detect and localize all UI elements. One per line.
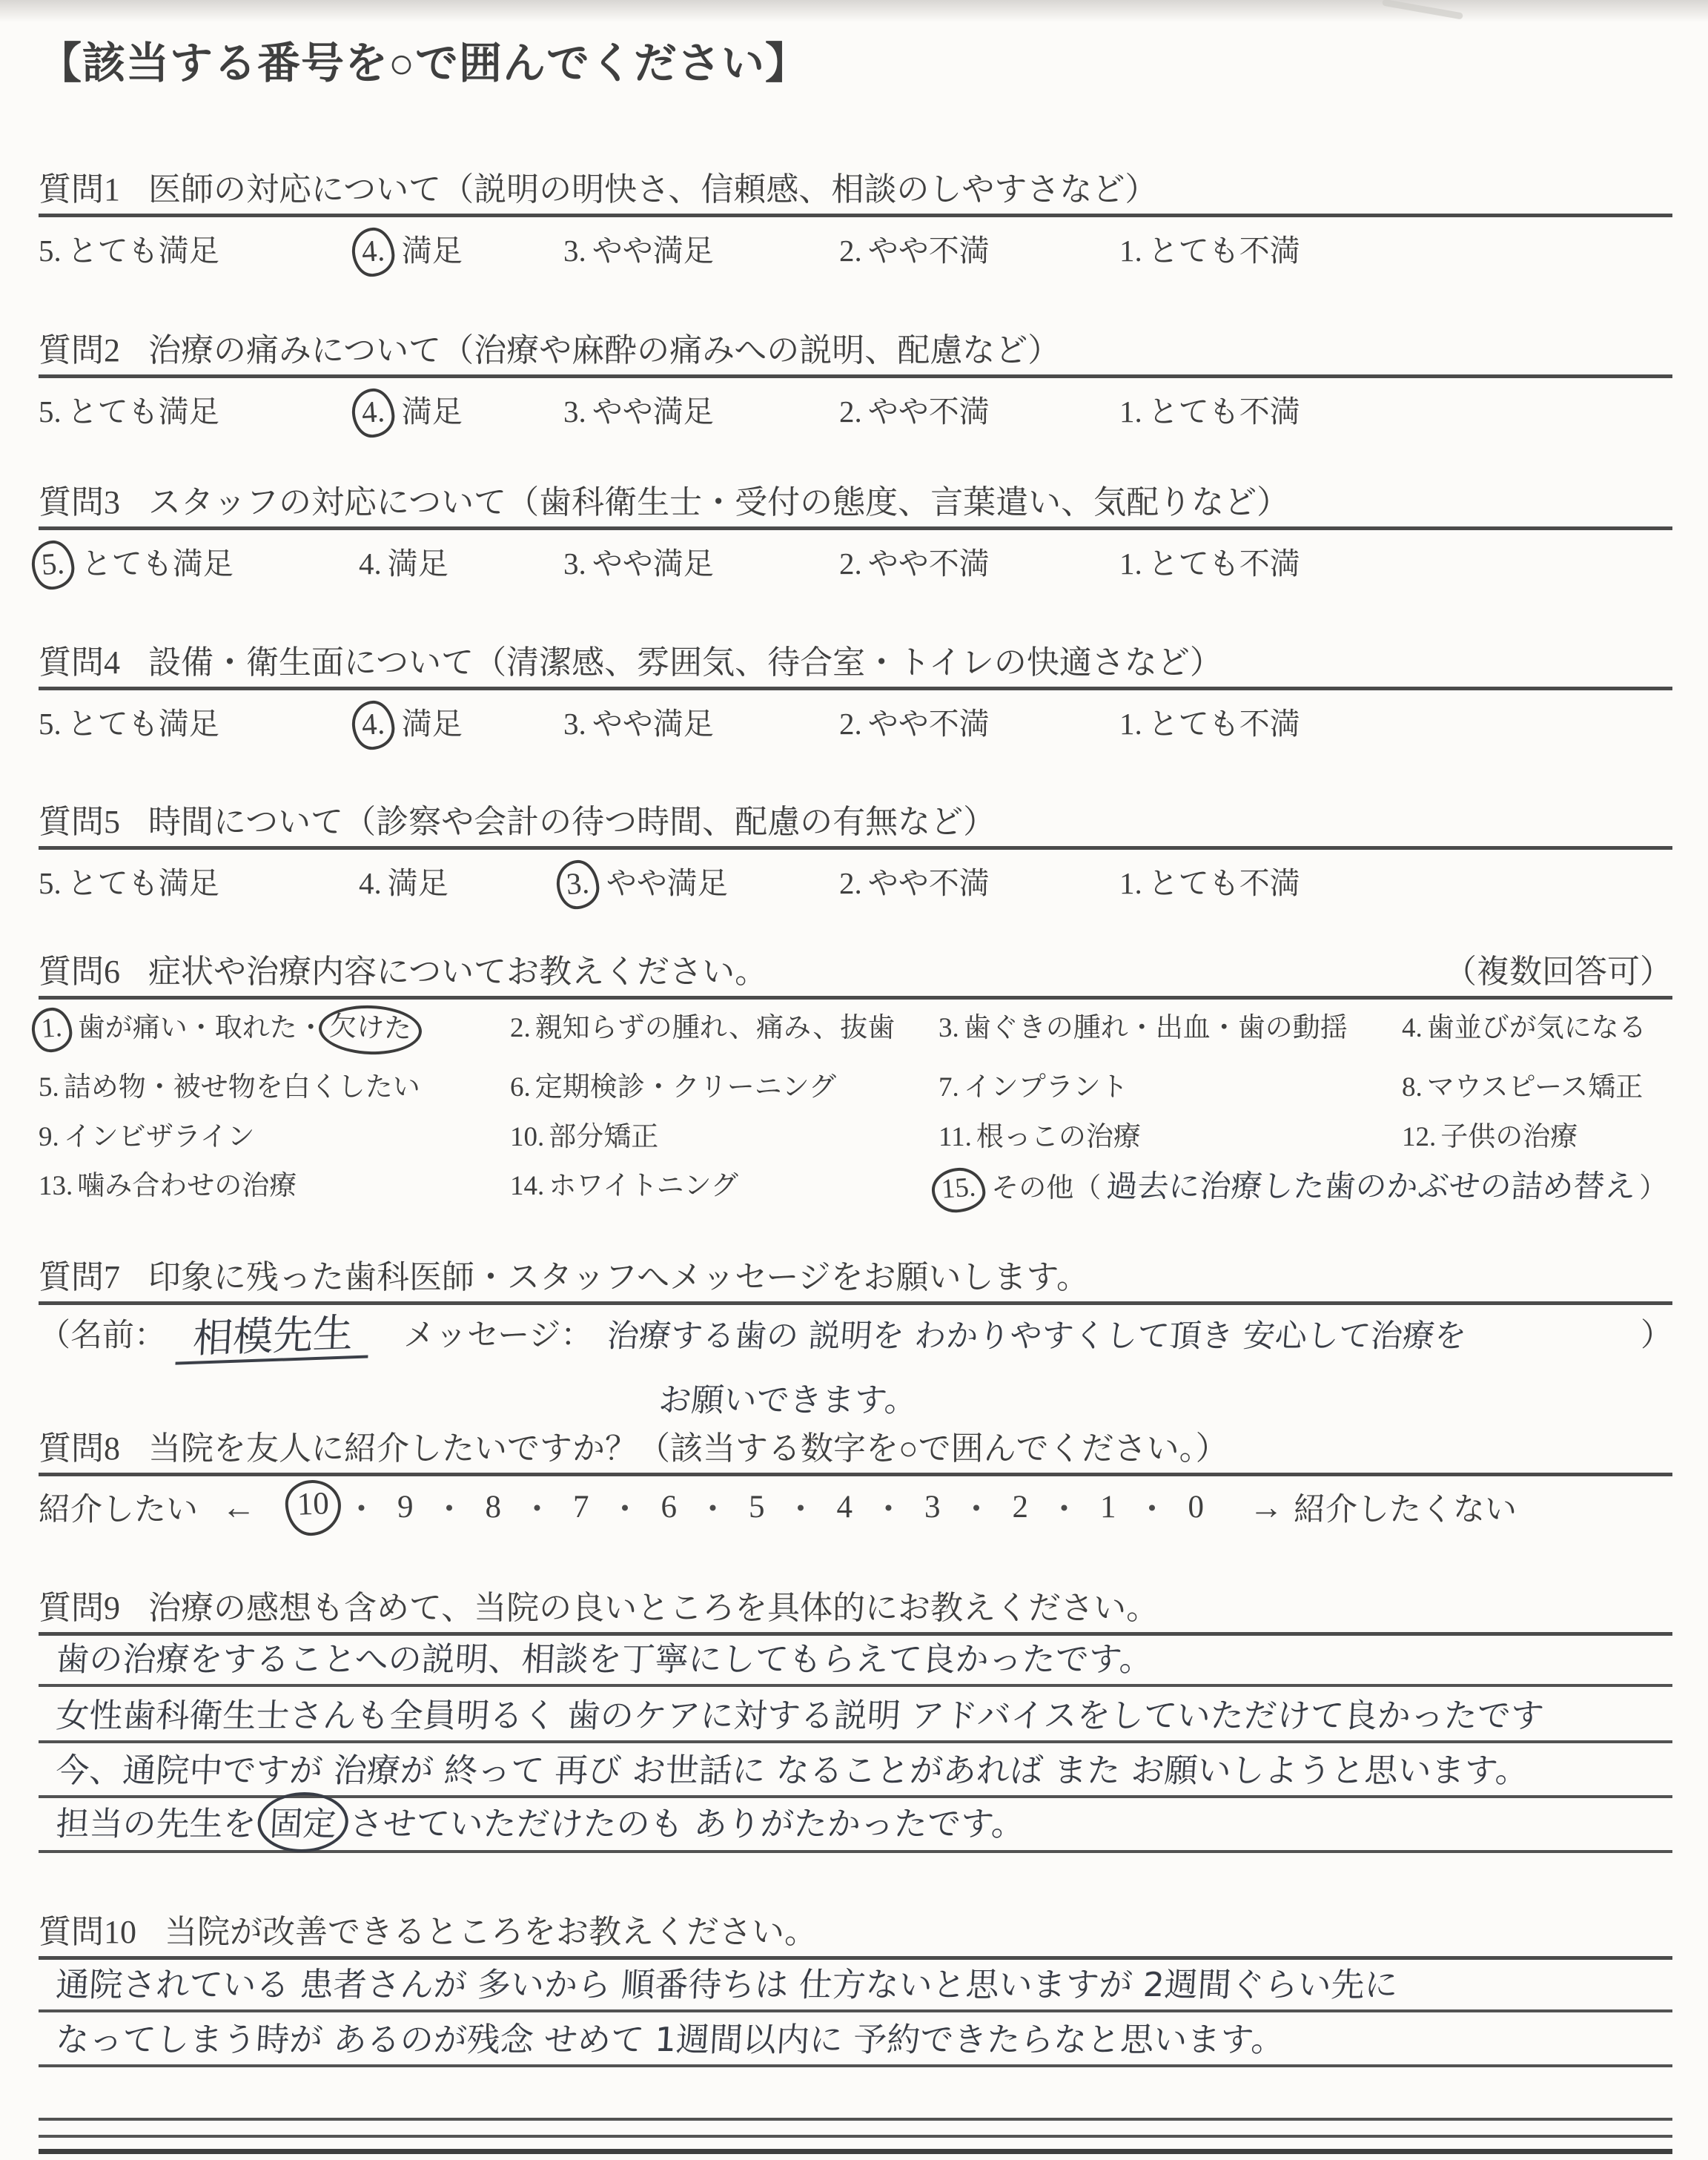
q3-option-3: 3.やや満足 [563,544,839,583]
survey-content: 【該当する番号を○で囲んでください】 質問1医師の対応について（説明の明快さ、信… [0,40,1708,2121]
q4-option-5: 5.とても満足 [39,704,359,743]
q6-item-13: 13.噛み合わせの治療 [39,1169,510,1203]
question-6-options: 1.歯が痛い・取れた・欠けた 2.親知らずの腫れ、痛み、抜歯 3.歯ぐきの腫れ・… [39,1011,1672,1229]
q8-number-5: 5 [729,1489,785,1525]
question-3: 質問3スタッフの対応について（歯科衛生士・受付の態度、言葉遣い、気配りなど） 5… [39,483,1672,583]
q2-option-1-number: 1. [1119,392,1142,431]
question-5-number: 質問5 [39,804,120,840]
q9-handwriting-3: 今、通院中ですが 治療が 終って 再び お世話に なることがあれば また お願い… [55,1743,1530,1791]
question-1: 質問1医師の対応について（説明の明快さ、信頼感、相談のしやすさなど） 5.とても… [39,171,1672,270]
q3-option-2-number: 2. [839,544,862,583]
scale-dot: ・ [873,1484,904,1530]
q2-option-2: 2.やや不満 [839,392,1119,431]
q5-option-2-label: やや不満 [868,866,990,900]
q5-option-5-number: 5. [39,864,62,902]
q9-handwriting-4: 担当の先生を固定させていただけたのも ありがたかったです。 [55,1797,1026,1846]
q7-message-handwriting-line2: お願いできます。 [658,1373,919,1418]
scale-dot: ・ [1048,1484,1080,1530]
q6-item-15-selected-circle: 15. [930,1166,987,1215]
q8-number-6: 6 [641,1489,698,1525]
q4-option-5-number: 5. [39,704,62,743]
question-8-heading: 質問8当院を友人に紹介したいですか？（該当する数字を○で囲んでください。） [39,1430,1672,1468]
q6-item-7-label: インプラント [964,1072,1128,1103]
q3-selected-circle: 5. [30,539,76,591]
q7-close-paren: ） [1641,1315,1672,1357]
q5-option-3-label: やや満足 [606,866,728,900]
question-10: 質問10当院が改善できるところをお教えください。 通院されている 患者さんが 多… [39,1913,1672,2121]
q2-option-4-label: 満足 [402,394,463,429]
question-9-number: 質問9 [39,1590,120,1626]
q6-item-3-label: 歯ぐきの腫れ・出血・歯の動揺 [964,1013,1348,1043]
q7-name-handwriting: 相模先生 [175,1312,370,1364]
q6-item-3: 3.歯ぐきの腫れ・出血・歯の動揺 [939,1011,1402,1046]
bottom-edge-rule [39,2149,1672,2154]
q2-option-3-number: 3. [563,392,586,431]
q6-item-5-label: 詰め物・被せ物を白くしたい [64,1072,420,1103]
question-2-text: 治療の痛みについて（治療や麻酔の痛みへの説明、配慮など） [148,332,1060,369]
q8-number-1: 1 [1080,1489,1136,1525]
q1-option-5: 5.とても満足 [39,231,359,270]
scale-dot: ・ [434,1484,466,1530]
q9-writing-line-3: 今、通院中ですが 治療が 終って 再び お世話に なることがあれば また お願い… [39,1743,1672,1798]
q6-item-4: 4.歯並びが気になる [1402,1011,1672,1046]
q3-option-4-label: 満足 [388,546,448,581]
q4-option-2: 2.やや不満 [839,704,1119,743]
question-7-number: 質問7 [39,1259,120,1295]
q9-handwriting-2: 女性歯科衛生士さんも全員明るく 歯のケアに対する説明 アドバイスをしていただけて… [55,1688,1546,1737]
heading-rule [39,526,1672,530]
q6-item-8-label: マウスピース矯正 [1427,1072,1644,1103]
q2-option-3: 3.やや満足 [563,392,839,431]
q6-item-3-number: 3. [939,1011,959,1046]
q1-option-4-label: 満足 [402,234,463,268]
q2-option-1: 1.とても不満 [1119,392,1672,431]
question-7-answer-row: （名前： 相模先生 メッセージ： 治療する歯の 説明を わかりやすくして頂き 安… [39,1315,1672,1373]
q10-handwriting-1: 通院されている 患者さんが 多いから 順番待ちは 仕方ないと思いますが 2週間ぐ… [55,1958,1400,2006]
question-2: 質問2治療の痛みについて（治療や麻酔の痛みへの説明、配慮など） 5.とても満足 … [39,331,1672,431]
question-8-text: 当院を友人に紹介したいですか？（該当する数字を○で囲んでください。） [148,1430,1228,1467]
q9-handwriting-4-pre: 担当の先生を [55,1804,257,1843]
q6-item-1-selected-circle: 1. [30,1006,73,1054]
q9-handwriting-1: 歯の治療をすることへの説明、相談を丁寧にしてもらえて良かったです。 [55,1632,1154,1680]
q4-option-3: 3.やや満足 [563,704,839,743]
scale-dot: ・ [345,1484,377,1530]
q6-item-11-label: 根っこの治療 [976,1122,1141,1152]
q6-item-8-number: 8. [1402,1071,1423,1105]
q2-option-3-label: やや満足 [592,394,714,429]
q5-option-5-label: とても満足 [67,866,219,900]
scale-dot: ・ [785,1484,817,1530]
q6-item-6: 6.定期検診・クリーニング [510,1071,939,1105]
question-1-text: 医師の対応について（説明の明快さ、信頼感、相談のしやすさなど） [148,171,1157,208]
q4-option-3-label: やや満足 [592,707,714,741]
q1-option-4: 4.満足 [359,231,563,270]
q9-writing-line-4: 担当の先生を固定させていただけたのも ありがたかったです。 [39,1798,1672,1853]
q5-option-4-number: 4. [359,864,382,902]
q6-item-2: 2.親知らずの腫れ、痛み、抜歯 [510,1011,939,1046]
scale-dot: ・ [609,1484,641,1530]
q6-item-13-label: 噛み合わせの治療 [77,1171,297,1201]
scale-dot: ・ [961,1484,993,1530]
q4-option-3-number: 3. [563,704,586,743]
question-6-note: （複数回答可） [1444,953,1672,991]
question-3-options: 5.とても満足 4.満足 3.やや満足 2.やや不満 1.とても不満 [39,544,1672,583]
q6-item-13-number: 13. [39,1169,73,1203]
q5-selected-circle: 3. [555,859,600,911]
q1-option-5-number: 5. [39,231,62,270]
q6-item-7-number: 7. [939,1071,959,1105]
q3-option-1: 1.とても不満 [1119,544,1672,583]
q6-item-9-label: インビザライン [64,1122,255,1152]
q5-option-1: 1.とても不満 [1119,864,1672,902]
q5-option-2: 2.やや不満 [839,864,1119,902]
q3-option-2: 2.やや不満 [839,544,1119,583]
q6-item-7: 7.インプラント [939,1071,1402,1105]
q6-item-4-number: 4. [1402,1011,1423,1046]
question-6-heading: 質問6症状や治療内容についてお教えください。 （複数回答可） [39,953,1672,991]
q1-option-3: 3.やや満足 [563,231,839,270]
question-1-options: 5.とても満足 4.満足 3.やや満足 2.やや不満 1.とても不満 [39,231,1672,270]
question-9-heading: 質問9治療の感想も含めて、当院の良いところを具体的にお教えください。 [39,1589,1672,1628]
q6-item-11-number: 11. [939,1120,972,1155]
question-2-options: 5.とても満足 4.満足 3.やや満足 2.やや不満 1.とても不満 [39,392,1672,431]
q2-option-5-number: 5. [39,392,62,431]
q10-handwriting-2: なってしまう時が あるのが残念 せめて 1週間以内に 予約できたらなと思います。 [55,2012,1286,2061]
q2-option-5-label: とても満足 [67,394,219,429]
q10-writing-line-2: なってしまう時が あるのが残念 せめて 1週間以内に 予約できたらなと思います。 [39,2012,1672,2067]
q5-option-4: 4.満足 [359,864,563,902]
q2-option-5: 5.とても満足 [39,392,359,431]
q4-option-4: 4.満足 [359,704,563,743]
question-4-heading: 質問4設備・衛生面について（清潔感、雰囲気、待合室・トイレの快適さなど） [39,644,1672,682]
q1-option-3-label: やや満足 [592,234,714,268]
q8-selected-circle: 10 [285,1479,342,1536]
question-2-heading: 質問2治療の痛みについて（治療や麻酔の痛みへの説明、配慮など） [39,331,1672,370]
q4-option-1: 1.とても不満 [1119,704,1672,743]
q6-item-12-label: 子供の治療 [1440,1122,1578,1152]
question-8: 質問8当院を友人に紹介したいですか？（該当する数字を○で囲んでください。） 紹介… [39,1430,1672,1528]
q6-item-9-number: 9. [39,1120,59,1155]
q1-option-1: 1.とても不満 [1119,231,1672,270]
question-7-text: 印象に残った歯科医師・スタッフへメッセージをお願いします。 [148,1259,1089,1295]
q4-option-1-number: 1. [1119,704,1142,743]
q10-writing-line-3-empty [39,2067,1672,2121]
q6-item-8: 8.マウスピース矯正 [1402,1071,1672,1105]
q3-option-1-label: とても不満 [1148,546,1300,581]
bottom-rule [39,2135,1672,2138]
q6-item-10-label: 部分矯正 [549,1122,658,1152]
q3-option-4-number: 4. [359,544,382,583]
q6-item-11: 11.根っこの治療 [939,1120,1402,1155]
q3-option-4: 4.満足 [359,544,563,583]
q2-option-1-label: とても不満 [1148,394,1300,429]
q6-item-15-label: その他（ [991,1173,1101,1203]
question-10-text: 当院が改善できるところをお教えください。 [165,1914,817,1950]
q5-option-1-label: とても不満 [1148,866,1300,900]
q6-item-1-circled-word: 欠けた [318,1004,423,1057]
heading-rule [39,214,1672,217]
question-1-heading: 質問1医師の対応について（説明の明快さ、信頼感、相談のしやすさなど） [39,171,1672,209]
q1-option-3-number: 3. [563,231,586,270]
question-10-number: 質問10 [39,1914,136,1950]
q8-number-0: 0 [1168,1489,1225,1525]
q3-option-2-label: やや不満 [868,546,990,581]
q6-item-14: 14.ホワイトニング [510,1169,939,1203]
q5-option-4-label: 満足 [388,866,448,900]
q6-item-6-label: 定期検診・クリーニング [535,1072,836,1103]
q3-option-5: 5.とても満足 [39,544,359,583]
q1-selected-circle: 4. [351,226,396,278]
q6-item-1-label: 歯が痛い・取れた・ [78,1013,325,1043]
q8-number-7: 7 [553,1489,609,1525]
question-8-number: 質問8 [39,1430,120,1467]
question-6-number: 質問6 [39,954,120,990]
question-3-heading: 質問3スタッフの対応について（歯科衛生士・受付の態度、言葉遣い、気配りなど） [39,483,1672,522]
question-3-text: スタッフの対応について（歯科衛生士・受付の態度、言葉遣い、気配りなど） [148,484,1289,521]
q8-right-label: 紹介したくない [1294,1484,1517,1530]
q2-selected-circle: 4. [351,387,396,439]
question-5-text: 時間について（診察や会計の待つ時間、配慮の有無など） [148,804,996,840]
q6-item-12: 12.子供の治療 [1402,1120,1672,1155]
q1-option-2-number: 2. [839,231,862,270]
q5-option-2-number: 2. [839,864,862,902]
heading-rule [39,1301,1672,1305]
q8-number-9: 9 [377,1489,434,1525]
question-9-text: 治療の感想も含めて、当院の良いところを具体的にお教えください。 [148,1590,1159,1626]
q8-number-4: 4 [817,1489,873,1525]
q7-message-handwriting-line1: 治療する歯の 説明を わかりやすくして頂き 安心して治療を [606,1315,1468,1357]
q3-option-3-number: 3. [563,544,586,583]
q1-option-5-label: とても満足 [67,234,219,268]
q8-number-3: 3 [904,1489,961,1525]
heading-rule [39,374,1672,378]
q4-option-2-label: やや不満 [868,707,990,741]
q6-item-1: 1.歯が痛い・取れた・欠けた [39,1011,510,1047]
q3-option-3-label: やや満足 [592,546,714,581]
q4-selected-circle: 4. [351,699,396,751]
q8-number-2: 2 [993,1489,1049,1525]
question-6: 質問6症状や治療内容についてお教えください。 （複数回答可） 1.歯が痛い・取れ… [39,953,1672,1229]
question-4-text: 設備・衛生面について（清潔感、雰囲気、待合室・トイレの快適さなど） [148,644,1222,681]
question-6-text: 症状や治療内容についてお教えください。 [148,954,767,990]
q5-option-5: 5.とても満足 [39,864,359,902]
question-6-heading-left: 質問6症状や治療内容についてお教えください。 [39,953,767,991]
q2-option-2-label: やや不満 [868,394,990,429]
question-3-number: 質問3 [39,484,120,521]
heading-rule [39,687,1672,690]
survey-sheet: 【該当する番号を○で囲んでください】 質問1医師の対応について（説明の明快さ、信… [0,0,1708,2160]
q9-writing-line-2: 女性歯科衛生士さんも全員明るく 歯のケアに対する説明 アドバイスをしていただけて… [39,1687,1672,1743]
q6-item-12-number: 12. [1402,1120,1436,1155]
q4-option-5-label: とても満足 [67,707,219,741]
question-2-number: 質問2 [39,332,120,369]
q6-item-15: 15.その他（過去に治療した歯のかぶせの詰め替え） [939,1169,1672,1206]
heading-rule [39,1473,1672,1476]
q7-message-label: メッセージ： [403,1315,592,1357]
question-8-scale: 紹介したい ← 10 ・ 9 ・ 8 ・ 7 ・ 6 ・ 5 ・ 4 ・ 3 ・… [39,1485,1672,1528]
q6-item-4-label: 歯並びが気になる [1427,1013,1646,1043]
heading-rule [39,846,1672,850]
question-4: 質問4設備・衛生面について（清潔感、雰囲気、待合室・トイレの快適さなど） 5.と… [39,644,1672,743]
heading-rule [39,996,1672,1000]
question-5-heading: 質問5時間について（診察や会計の待つ時間、配慮の有無など） [39,803,1672,842]
q6-item-5: 5.詰め物・被せ物を白くしたい [39,1071,510,1105]
q5-option-3: 3.やや満足 [563,864,839,902]
q9-handwriting-4-post: させていただけたのも ありがたかったです。 [348,1804,1025,1843]
q1-option-2-label: やや不満 [868,234,990,268]
q1-option-2: 2.やや不満 [839,231,1119,270]
q6-item-10-number: 10. [510,1120,544,1155]
scale-dot: ・ [697,1484,729,1530]
q9-writing-line-1: 歯の治療をすることへの説明、相談を丁寧にしてもらえて良かったです。 [39,1636,1672,1687]
scale-dot: ・ [1136,1484,1168,1530]
q7-name-label: （名前： [39,1315,166,1357]
scale-dot: ・ [521,1484,553,1530]
q10-writing-line-1: 通院されている 患者さんが 多いから 順番待ちは 仕方ないと思いますが 2週間ぐ… [39,1960,1672,2012]
q6-item-10: 10.部分矯正 [510,1120,939,1155]
question-1-number: 質問1 [39,171,120,208]
q2-option-4: 4.満足 [359,392,563,431]
q1-option-1-number: 1. [1119,231,1142,270]
question-5: 質問5時間について（診察や会計の待つ時間、配慮の有無など） 5.とても満足 4.… [39,803,1672,902]
q8-left-label: 紹介したい [39,1484,198,1530]
q3-option-5-label: とても満足 [82,546,234,581]
question-7: 質問7印象に残った歯科医師・スタッフへメッセージをお願いします。 （名前： 相模… [39,1258,1672,1418]
q2-option-2-number: 2. [839,392,862,431]
q6-item-2-label: 親知らずの腫れ、痛み、抜歯 [535,1013,895,1043]
q6-item-9: 9.インビザライン [39,1120,510,1155]
q6-item-14-number: 14. [510,1169,544,1203]
q3-option-1-number: 1. [1119,544,1142,583]
question-10-heading: 質問10当院が改善できるところをお教えください。 [39,1913,1672,1952]
q9-handwriting-4-circled-word: 固定 [256,1792,350,1852]
question-4-options: 5.とても満足 4.満足 3.やや満足 2.やや不満 1.とても不満 [39,704,1672,743]
q6-item-15-close-paren: ） [1639,1173,1666,1203]
q1-option-1-label: とても不満 [1148,234,1300,268]
question-9: 質問9治療の感想も含めて、当院の良いところを具体的にお教えください。 歯の治療を… [39,1589,1672,1853]
right-arrow-icon: → [1249,1487,1283,1527]
q4-option-2-number: 2. [839,704,862,743]
q6-item-15-handwriting: 過去に治療した歯のかぶせの詰め替え [1105,1169,1637,1203]
q5-option-1-number: 1. [1119,864,1142,902]
q6-item-5-number: 5. [39,1071,59,1105]
question-4-number: 質問4 [39,644,120,681]
q6-item-14-label: ホワイトニング [549,1171,738,1201]
q6-item-6-number: 6. [510,1071,531,1105]
question-5-options: 5.とても満足 4.満足 3.やや満足 2.やや不満 1.とても不満 [39,864,1672,902]
q4-option-1-label: とても不満 [1148,707,1300,741]
q8-number-8: 8 [466,1489,522,1525]
question-7-heading: 質問7印象に残った歯科医師・スタッフへメッセージをお願いします。 [39,1258,1672,1297]
q4-option-4-label: 満足 [402,707,463,741]
page-title: 【該当する番号を○で囲んでください】 [39,40,1672,87]
q6-item-2-number: 2. [510,1011,531,1046]
left-arrow-icon: ← [222,1487,256,1527]
